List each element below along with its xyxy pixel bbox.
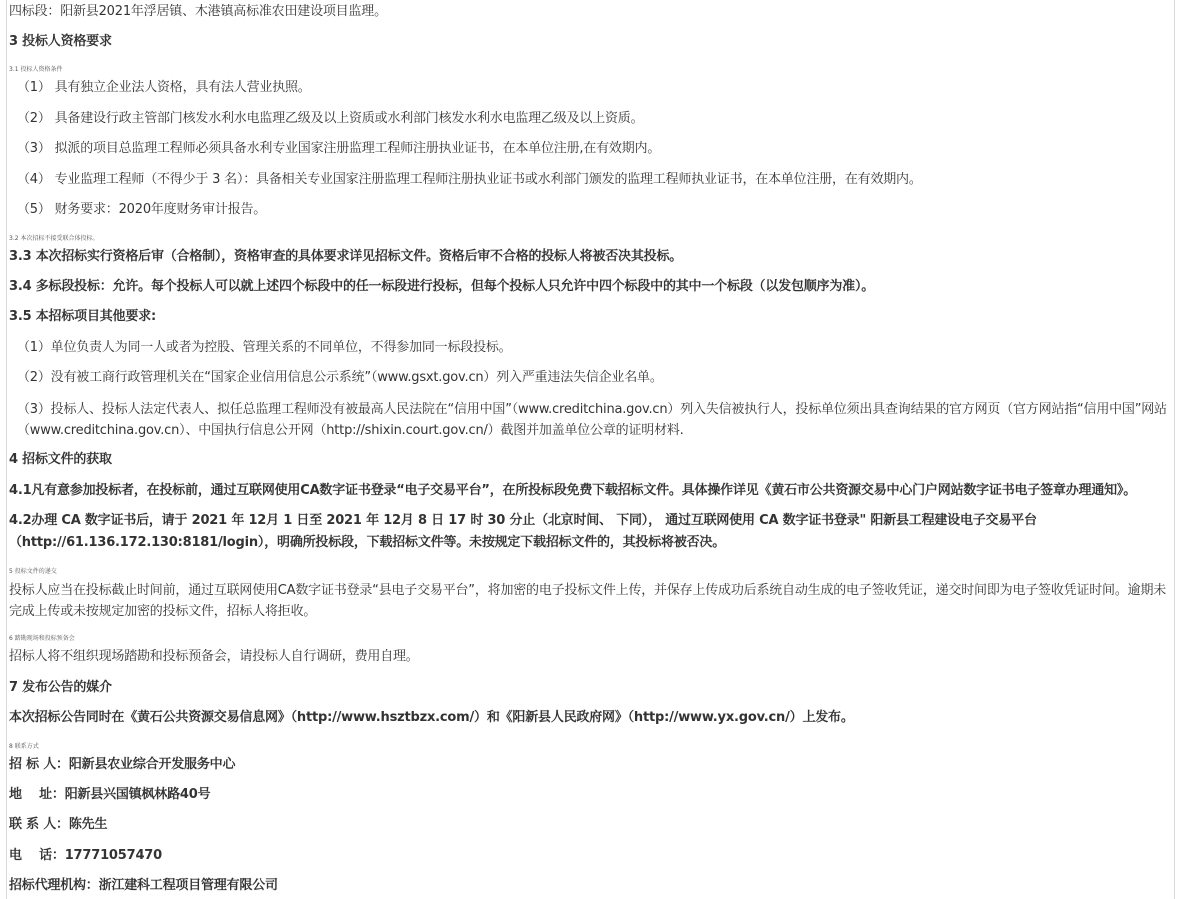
- paragraph-41: 4.1凡有意参加投标者，在投标前，通过互联网使用CA数字证书登录“电子交易平台”…: [9, 481, 1170, 501]
- subsection31-label: 3.1 投标人资格条件: [9, 66, 1170, 74]
- section5-text: 投标人应当在投标截止时间前，通过互联网使用CA数字证书登录“县电子交易平台”，将…: [9, 580, 1170, 622]
- contact-phone: 电 话：17771057470: [9, 846, 1170, 866]
- contact-agency: 招标代理机构：浙江建科工程项目管理有限公司: [9, 876, 1170, 896]
- other-requirement-1: （1）单位负责人为同一人或者为控股、管理关系的不同单位，不得参加同一标段投标。: [17, 338, 1170, 358]
- paragraph-42-line2: （http://61.136.172.130:8181/login），明确所投标…: [9, 533, 1170, 553]
- subsection35-heading: 3.5 本招标项目其他要求:: [9, 307, 1170, 327]
- qualification-item-2: （2） 具备建设行政主管部门核发水利水电监理乙级及以上资质或水利部门核发水利水电…: [17, 109, 1170, 129]
- section4-heading: 4 招标文件的获取: [9, 450, 1170, 470]
- qualification-item-5: （5） 财务要求：2020年度财务审计报告。: [17, 200, 1170, 220]
- qualification-item-4: （4） 专业监理工程师（不得少于 3 名）：具备相关专业国家注册监理工程师注册执…: [17, 170, 1170, 190]
- document-page: 四标段：阳新县2021年浮居镇、木港镇高标准农田建设项目监理。 3 投标人资格要…: [6, 0, 1175, 899]
- contact-person: 联 系 人：陈先生: [9, 815, 1170, 835]
- subsection33-text: 3.3 本次招标实行资格后审（合格制），资格审查的具体要求详见招标文件。资格后审…: [9, 247, 1170, 267]
- section7-heading: 7 发布公告的媒介: [9, 678, 1170, 698]
- contact-address: 地 址：阳新县兴国镇枫林路40号: [9, 785, 1170, 805]
- paragraph-42-line1: 4.2办理 CA 数字证书后，请于 2021 年 12月 1 日至 2021 年…: [9, 511, 1170, 531]
- lot4-description: 四标段：阳新县2021年浮居镇、木港镇高标准农田建设项目监理。: [9, 2, 1170, 22]
- section8-label: 8 联系方式: [9, 743, 1170, 751]
- section6-text: 招标人将不组织现场踏勘和投标预备会，请投标人自行调研，费用自理。: [9, 647, 1170, 667]
- section6-label: 6 踏勘现场和投标预备会: [9, 635, 1170, 643]
- subsection34-text: 3.4 多标段投标：允许。每个投标人可以就上述四个标段中的任一标段进行投标，但每…: [9, 277, 1170, 297]
- subsection32-label: 3.2 本次招标不接受联合体投标。: [9, 235, 1170, 243]
- section3-heading: 3 投标人资格要求: [9, 32, 1170, 52]
- other-requirement-2: （2）没有被工商行政管理机关在“国家企业信用信息公示系统”（www.gsxt.g…: [17, 368, 1170, 388]
- section5-label: 5 投标文件的递交: [9, 568, 1170, 576]
- qualification-item-3: （3） 拟派的项目总监理工程师必须具备水利专业国家注册监理工程师注册执业证书，在…: [17, 139, 1170, 159]
- section7-text: 本次招标公告同时在《黄石公共资源交易信息网》（http://www.hsztbz…: [9, 708, 1170, 728]
- qualification-item-1: （1） 具有独立企业法人资格，具有法人营业执照。: [17, 78, 1170, 98]
- contact-tenderer: 招 标 人：阳新县农业综合开发服务中心: [9, 755, 1170, 775]
- other-requirement-3: （3）投标人、投标人法定代表人、拟任总监理工程师没有被最高人民法院在“信用中国”…: [17, 399, 1170, 441]
